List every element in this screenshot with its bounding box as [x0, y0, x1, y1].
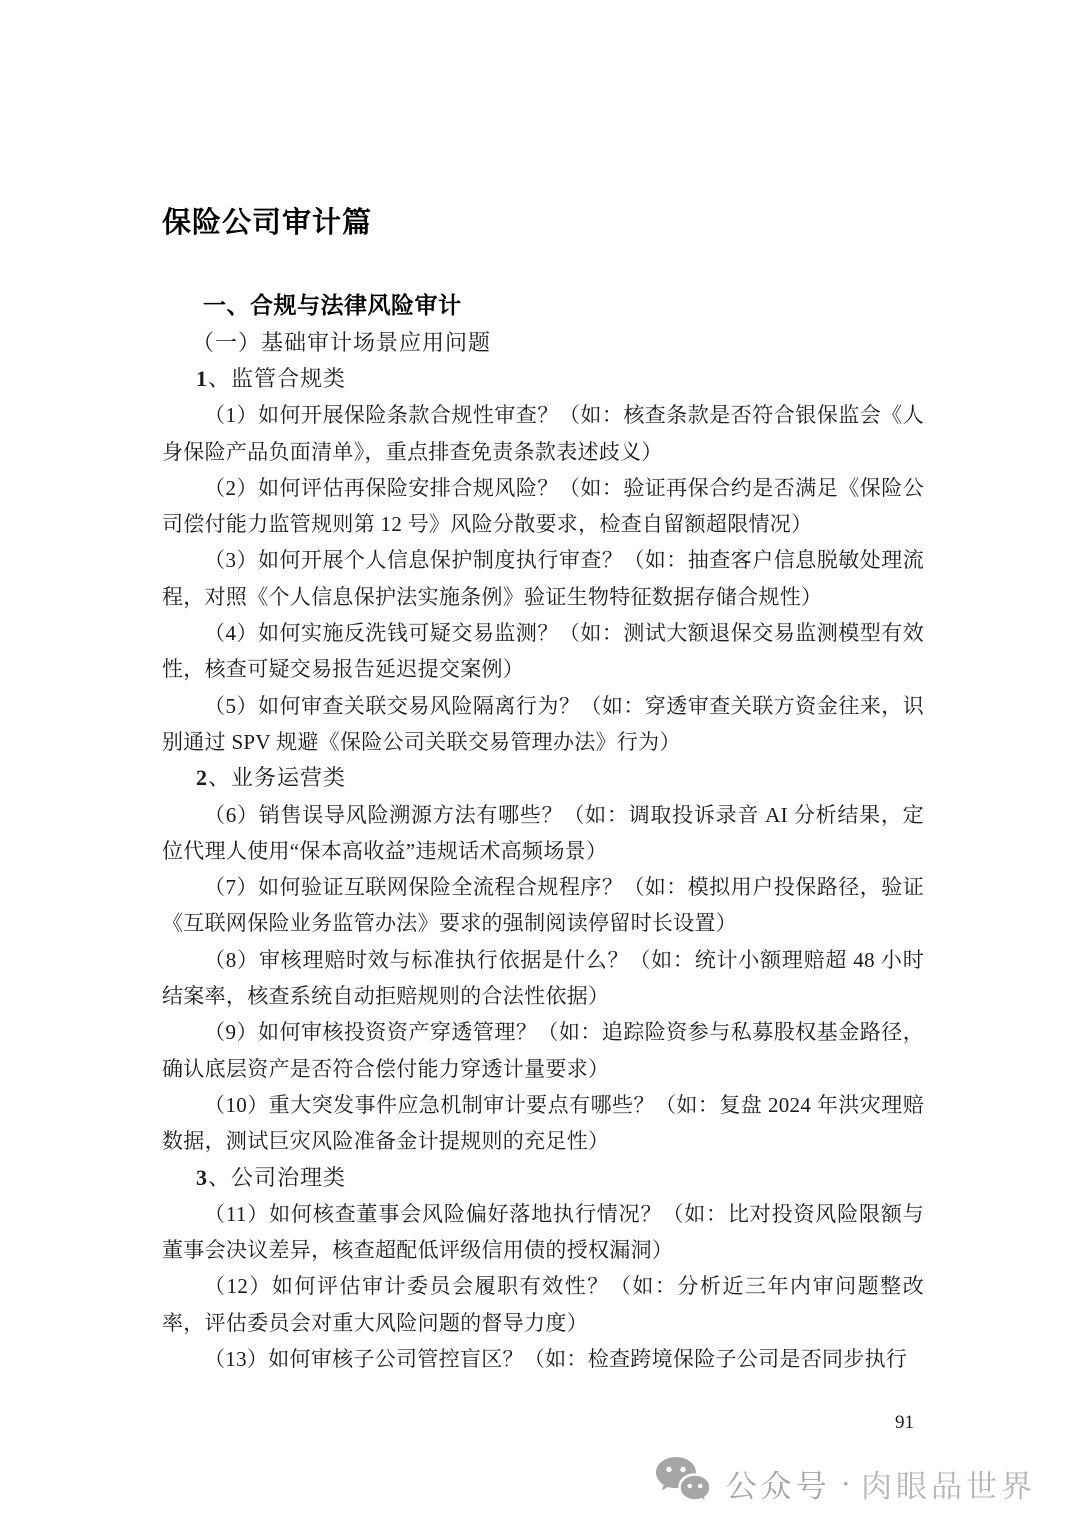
question-paragraph: （11）如何核查董事会风险偏好落地执行情况？（如：比对投资风险限额与董事会决议差…	[162, 1196, 924, 1269]
content-blocks: 1、监管合规类（1）如何开展保险条款合规性审查？（如：核查条款是否符合银保监会《…	[162, 361, 924, 1377]
subsection-heading: （一）基础审计场景应用问题	[162, 324, 924, 361]
question-paragraph: （7）如何验证互联网保险全流程合规程序？（如：模拟用户投保路径，验证《互联网保险…	[162, 869, 924, 942]
question-paragraph: （4）如何实施反洗钱可疑交易监测？（如：测试大额退保交易监测模型有效性，核查可疑…	[162, 615, 924, 688]
category-heading: 1、监管合规类	[162, 361, 924, 397]
question-paragraph: （5）如何审查关联交易风险隔离行为？（如：穿透审查关联方资金往来，识别通过 SP…	[162, 688, 924, 761]
question-paragraph: （2）如何评估再保险安排合规风险？（如：验证再保合约是否满足《保险公司偿付能力监…	[162, 470, 924, 543]
category-number: 3	[196, 1165, 208, 1190]
page-number: 91	[895, 1412, 914, 1434]
document-content: 保险公司审计篇 一、合规与法律风险审计 （一）基础审计场景应用问题 1、监管合规…	[162, 207, 924, 1377]
page-title: 保险公司审计篇	[162, 207, 924, 240]
question-paragraph: （9）如何审核投资资产穿透管理？（如：追踪险资参与私募股权基金路径，确认底层资产…	[162, 1014, 924, 1087]
category-number: 2	[196, 765, 208, 790]
category-label: 、业务运营类	[208, 765, 346, 790]
question-paragraph: （1）如何开展保险条款合规性审查？（如：核查条款是否符合银保监会《人身保险产品负…	[162, 397, 924, 470]
question-paragraph: （6）销售误导风险溯源方法有哪些？（如：调取投诉录音 AI 分析结果，定位代理人…	[162, 797, 924, 870]
wechat-icon	[655, 1456, 712, 1511]
category-number: 1	[196, 366, 208, 391]
question-paragraph: （3）如何开展个人信息保护制度执行审查？（如：抽查客户信息脱敏处理流程，对照《个…	[162, 542, 924, 615]
question-paragraph: （12）如何评估审计委员会履职有效性？（如：分析近三年内审问题整改率，评估委员会…	[162, 1268, 924, 1341]
watermark-account-label: 公众号	[726, 1461, 831, 1506]
chapter-heading: 一、合规与法律风险审计	[162, 287, 924, 324]
question-paragraph: （8）审核理赔时效与标准执行依据是什么？（如：统计小额理赔超 48 小时结案率，…	[162, 942, 924, 1015]
category-heading: 2、业务运营类	[162, 760, 924, 796]
question-paragraph: （13）如何审核子公司管控盲区？（如：检查跨境保险子公司是否同步执行	[162, 1341, 924, 1377]
category-label: 、监管合规类	[208, 366, 346, 391]
watermark-separator: ·	[841, 1466, 851, 1502]
question-paragraph: （10）重大突发事件应急机制审计要点有哪些？（如：复盘 2024 年洪灾理赔数据…	[162, 1087, 924, 1160]
document-page: 保险公司审计篇 一、合规与法律风险审计 （一）基础审计场景应用问题 1、监管合规…	[0, 0, 1080, 1527]
watermark: 公众号 · 肉眼品世界	[655, 1456, 1036, 1511]
watermark-account-name: 肉眼品世界	[861, 1461, 1036, 1506]
category-heading: 3、公司治理类	[162, 1160, 924, 1196]
category-label: 、公司治理类	[208, 1165, 346, 1190]
